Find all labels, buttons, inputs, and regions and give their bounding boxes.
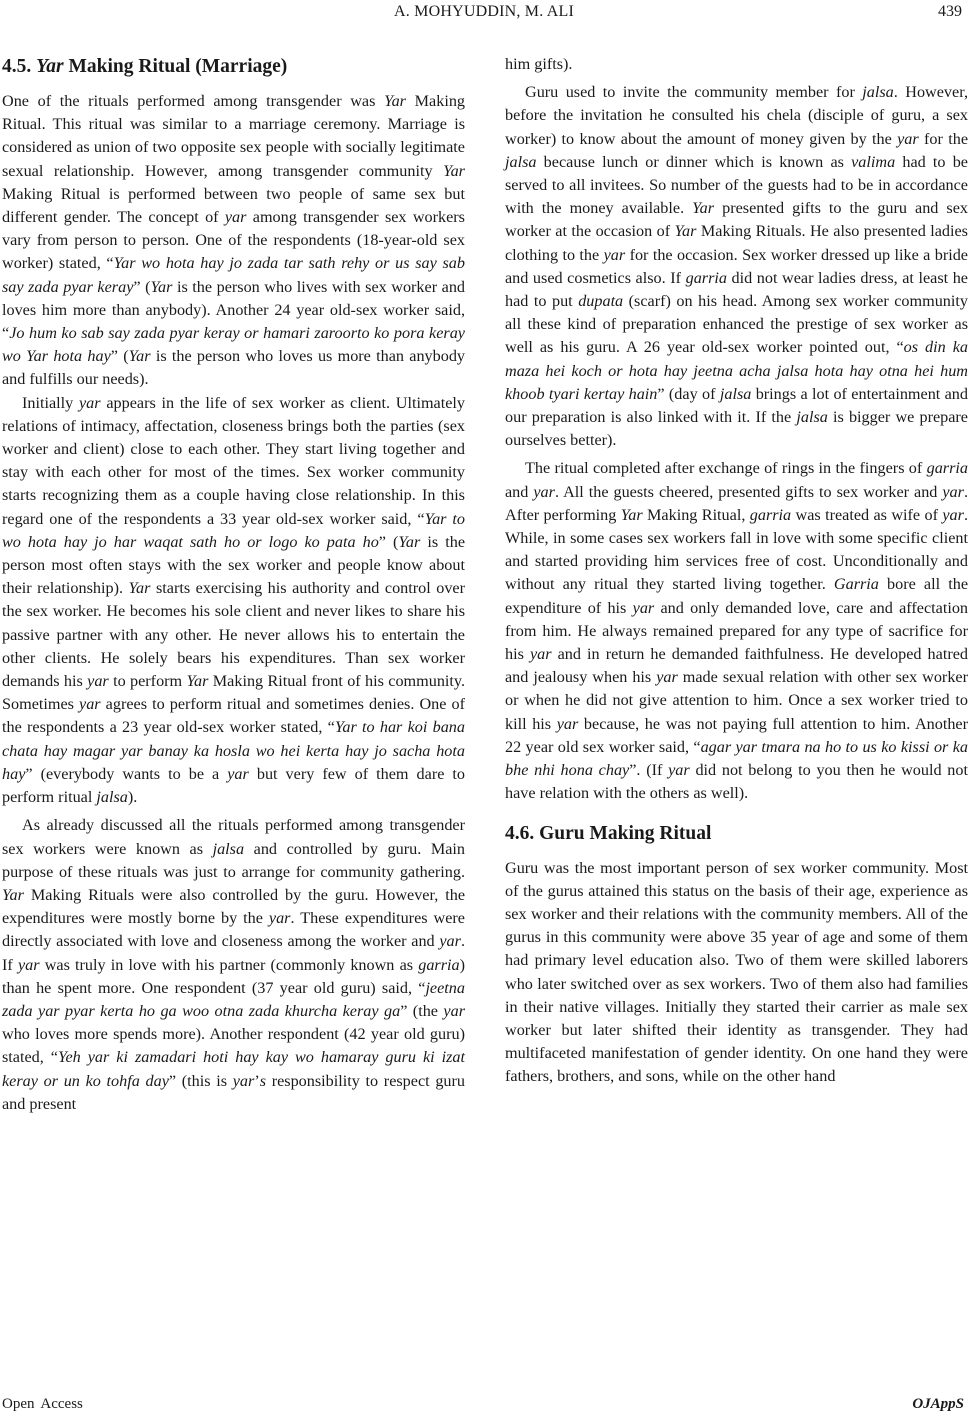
- body-paragraph: One of the rituals performed among trans…: [2, 90, 465, 392]
- text-run: ” (day of: [657, 385, 719, 403]
- italic-term: Yar: [2, 886, 24, 904]
- italic-term: yar: [942, 483, 964, 501]
- section-heading: 4.5. Yar Making Ritual (Marriage): [2, 53, 465, 90]
- right-column: him gifts).Guru used to invite the commu…: [505, 53, 968, 1089]
- italic-term: garria: [686, 269, 727, 287]
- text-run: ” (the: [400, 1002, 443, 1020]
- italic-term: Yar: [129, 347, 151, 365]
- italic-term: yar: [225, 208, 247, 226]
- text-run: Initially: [22, 394, 79, 412]
- italic-term: yar: [18, 956, 40, 974]
- italic-term: yar: [633, 599, 655, 617]
- italic-term: Yar: [443, 162, 465, 180]
- italic-term: Yar: [384, 92, 406, 110]
- italic-term: jalsa: [720, 385, 751, 403]
- text-run: ).: [128, 788, 137, 806]
- italic-term: yar: [87, 672, 109, 690]
- text-run: ”. (If: [629, 761, 668, 779]
- italic-term: dupata: [578, 292, 623, 310]
- body-paragraph: him gifts).: [505, 53, 968, 76]
- page-footer: Open Access OJAppS: [0, 1393, 968, 1415]
- italic-term: Yar: [398, 533, 420, 551]
- italic-term: Garria: [834, 575, 879, 593]
- text-run: for the: [919, 130, 968, 148]
- body-paragraph: As already discussed all the rituals per…: [2, 814, 465, 1116]
- italic-term: garria: [927, 459, 968, 477]
- text-run: Making Ritual,: [643, 506, 750, 524]
- italic-term: Yar: [129, 579, 151, 597]
- text-run: appears in the life of sex worker as cli…: [2, 394, 465, 528]
- italic-term: garria: [750, 506, 791, 524]
- italic-term: jalsa: [862, 83, 893, 101]
- italic-term: yar: [79, 394, 101, 412]
- italic-term: Yar: [36, 56, 63, 77]
- text-run: was treated as wife of: [791, 506, 942, 524]
- italic-term: yar: [443, 1002, 465, 1020]
- text-run: him gifts).: [505, 55, 572, 73]
- italic-term: yar: [604, 246, 626, 264]
- italic-term: yar: [530, 645, 552, 663]
- footer-journal-abbrev: OJAppS: [912, 1393, 964, 1415]
- running-header-authors: A. MOHYUDDIN, M. ALI: [0, 0, 968, 24]
- italic-term: yar: [656, 668, 678, 686]
- text-run: because lunch or dinner which is known a…: [536, 153, 851, 171]
- italic-term: yar: [668, 761, 690, 779]
- text-run: to perform: [109, 672, 187, 690]
- text-run: and: [505, 483, 533, 501]
- italic-term: yar: [557, 715, 579, 733]
- text-run: ” (this is: [169, 1072, 233, 1090]
- italic-term: Yar: [675, 222, 697, 240]
- text-run: was truly in love with his partner (comm…: [40, 956, 419, 974]
- text-run: . All the guests cheered, presented gift…: [555, 483, 942, 501]
- italic-term: garria: [418, 956, 459, 974]
- italic-term: yar: [269, 909, 291, 927]
- body-paragraph: The ritual completed after exchange of r…: [505, 457, 968, 805]
- italic-term: yar: [79, 695, 101, 713]
- italic-term: jalsa: [213, 840, 244, 858]
- italic-term: yar: [233, 1072, 255, 1090]
- italic-term: yar: [227, 765, 249, 783]
- italic-term: yar: [942, 506, 964, 524]
- italic-term: jalsa: [796, 408, 827, 426]
- italic-term: Yar: [151, 278, 173, 296]
- italic-term: jalsa: [505, 153, 536, 171]
- text-run: One of the rituals performed among trans…: [2, 92, 384, 110]
- text-run: 4.6. Guru Making Ritual: [505, 823, 711, 844]
- italic-term: Yar: [187, 672, 209, 690]
- text-run: Making Ritual (Marriage): [64, 56, 288, 77]
- text-run: ” (: [133, 278, 150, 296]
- text-run: Guru was the most important person of se…: [505, 859, 968, 1086]
- italic-term: valima: [851, 153, 895, 171]
- italic-term: yar: [533, 483, 555, 501]
- text-run: The ritual completed after exchange of r…: [525, 459, 927, 477]
- footer-open-access: Open Access: [2, 1393, 83, 1415]
- italic-term: jalsa: [96, 788, 127, 806]
- running-header: A. MOHYUDDIN, M. ALI 439: [0, 0, 968, 24]
- page-number: 439: [938, 0, 962, 24]
- text-run: 4.5.: [2, 56, 36, 77]
- italic-term: Yar: [692, 199, 714, 217]
- italic-term: yar: [897, 130, 919, 148]
- text-run: Guru used to invite the community member…: [525, 83, 862, 101]
- text-run: ” (everybody wants to be a: [25, 765, 227, 783]
- italic-term: Yar: [621, 506, 643, 524]
- italic-term: yar: [439, 932, 461, 950]
- section-heading: 4.6. Guru Making Ritual: [505, 820, 968, 857]
- body-paragraph: Guru used to invite the community member…: [505, 81, 968, 452]
- text-run: ” (: [111, 347, 129, 365]
- left-column: 4.5. Yar Making Ritual (Marriage)One of …: [2, 53, 465, 1116]
- text-run: ” (: [379, 533, 399, 551]
- body-paragraph: Guru was the most important person of se…: [505, 857, 968, 1089]
- body-paragraph: Initially yar appears in the life of sex…: [2, 392, 465, 810]
